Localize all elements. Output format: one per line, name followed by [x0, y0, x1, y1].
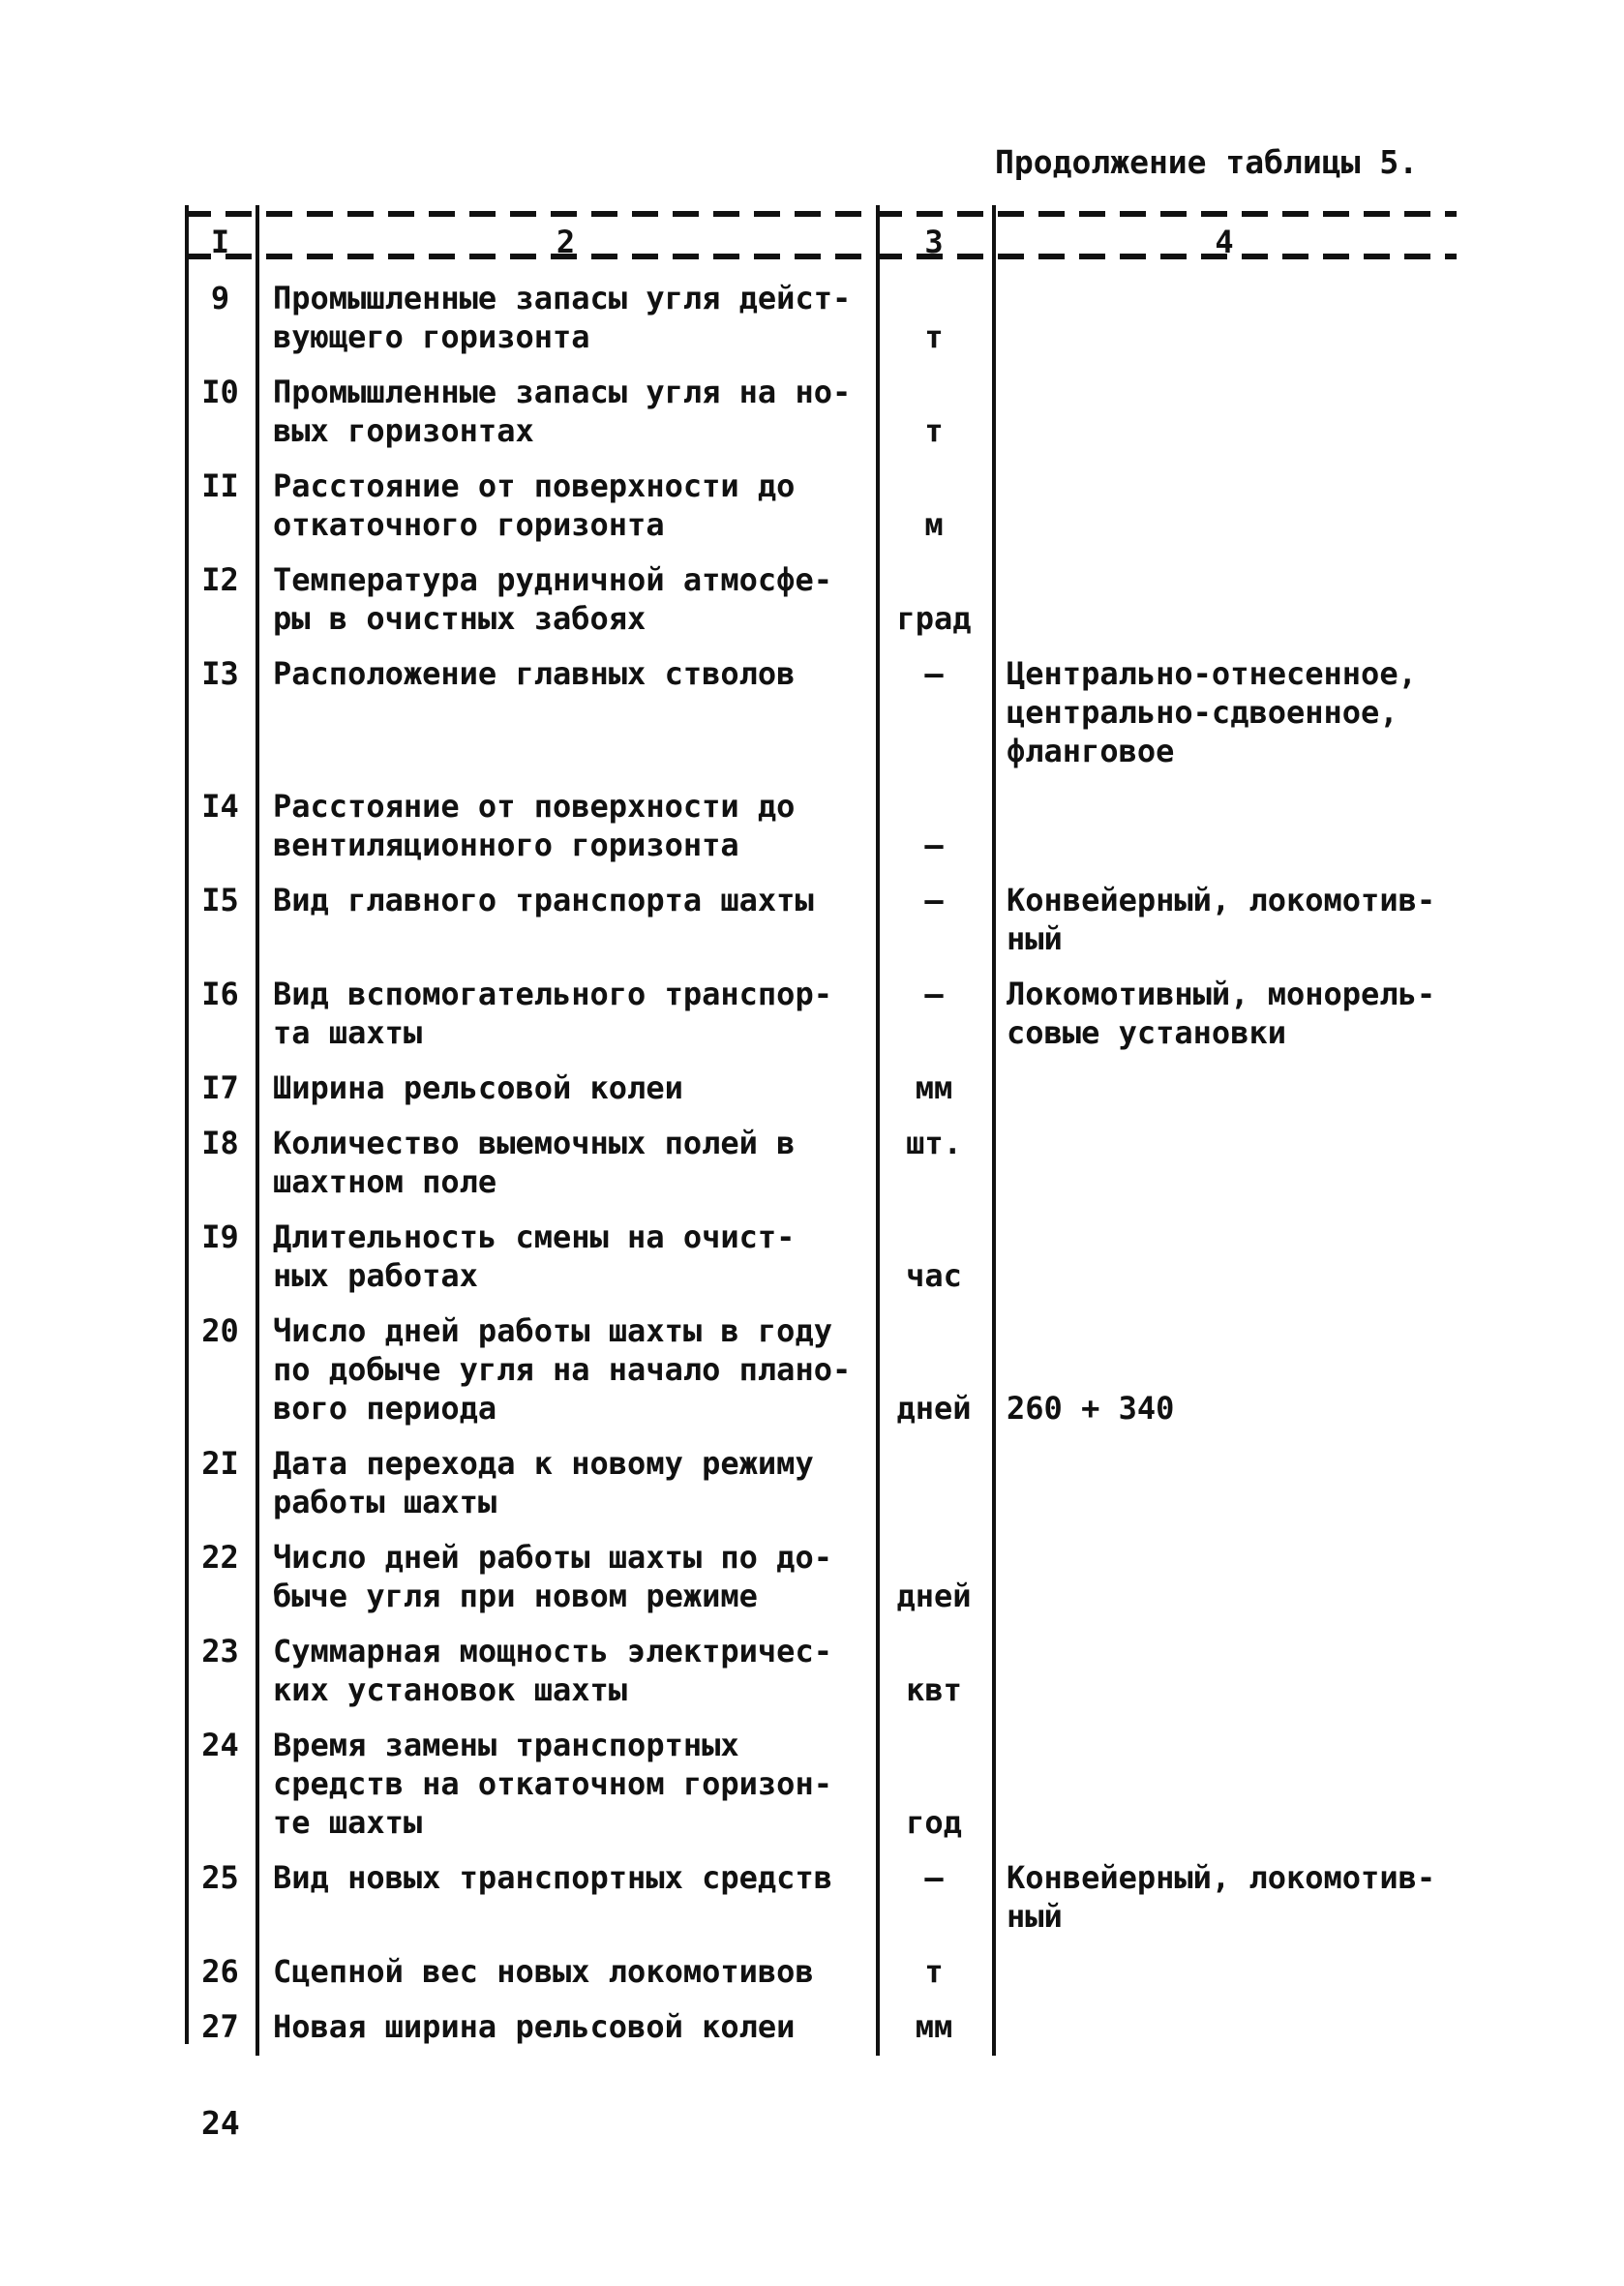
table-row: II Расстояние от поверхности дооткаточно… [185, 466, 1457, 544]
unit-text: дней [876, 1577, 992, 1615]
table-row: I5 Вид главного транспорта шахты – Конве… [185, 881, 1457, 958]
row-unit: м [876, 466, 992, 544]
row-number: I0 [185, 373, 256, 411]
row-description: Количество выемочных полей вшахтном поле [256, 1124, 876, 1201]
table-top-dashed-border [185, 211, 1457, 217]
text-line: вентиляционного горизонта [273, 826, 876, 864]
text-line: Длительность смены на очист- [273, 1218, 876, 1256]
text-line: Суммарная мощность электричес- [273, 1632, 876, 1670]
unit-text: дней [876, 1389, 992, 1428]
row-description: Число дней работы шахты в годупо добыче … [256, 1311, 876, 1428]
value-text: 260 + 340 [1007, 1389, 1457, 1428]
unit-text: – [876, 881, 992, 919]
table-row: I7 Ширина рельсовой колеи мм [185, 1068, 1457, 1107]
text-line: Промышленные запасы угля на но- [273, 373, 876, 411]
row-value: 260 + 340 [992, 1389, 1457, 1428]
value-text: ный [1007, 919, 1457, 958]
row-description: Вид вспомогательного транспор-та шахты [256, 975, 876, 1052]
text-line: те шахты [273, 1803, 876, 1842]
row-value [992, 2007, 1457, 2046]
value-text: Локомотивный, монорель- [1007, 975, 1457, 1013]
unit-text: мм [876, 1068, 992, 1107]
table-row: I9 Длительность смены на очист-ных работ… [185, 1218, 1457, 1295]
table-row: I4 Расстояние от поверхности довентиляци… [185, 787, 1457, 864]
text-line: шахтном поле [273, 1162, 876, 1201]
row-number: 25 [185, 1858, 256, 1897]
table-row: 9 Промышленные запасы угля дейст-вующего… [185, 279, 1457, 356]
text-line: Расстояние от поверхности до [273, 466, 876, 505]
row-value: Конвейерный, локомотив-ный [992, 1858, 1457, 1936]
row-value [992, 560, 1457, 638]
value-text: центрально-сдвоенное, [1007, 693, 1457, 732]
row-unit: т [876, 373, 992, 450]
value-text: совые установки [1007, 1013, 1457, 1052]
text-line: Температура рудничной атмосфе- [273, 560, 876, 599]
text-line: ры в очистных забоях [273, 599, 876, 638]
row-value: Центрально-отнесенное,центрально-сдвоенн… [992, 654, 1457, 770]
row-unit: шт. [876, 1124, 992, 1201]
row-unit: – [876, 975, 992, 1052]
row-value [992, 1218, 1457, 1295]
row-value [992, 1124, 1457, 1201]
unit-text: – [876, 1858, 992, 1897]
row-description: Расположение главных стволов [256, 654, 876, 770]
row-value [992, 787, 1457, 864]
row-value [992, 1632, 1457, 1709]
row-description: Температура рудничной атмосфе-ры в очист… [256, 560, 876, 638]
row-value [992, 466, 1457, 544]
text-line: Ширина рельсовой колеи [273, 1068, 876, 1107]
table-row: I2 Температура рудничной атмосфе-ры в оч… [185, 560, 1457, 638]
value-text: Конвейерный, локомотив- [1007, 881, 1457, 919]
table-row: 27 Новая ширина рельсовой колеи мм [185, 2007, 1457, 2046]
unit-text: – [876, 975, 992, 1013]
row-number: 20 [185, 1311, 256, 1350]
row-value [992, 1538, 1457, 1615]
table-continuation-title: Продолжение таблицы 5. [995, 141, 1418, 184]
table-row: 20 Число дней работы шахты в годупо добы… [185, 1311, 1457, 1428]
table-row: I8 Количество выемочных полей вшахтном п… [185, 1124, 1457, 1201]
row-number: 9 [185, 279, 256, 317]
text-line: по добыче угля на начало плано- [273, 1350, 876, 1389]
text-line: Вид главного транспорта шахты [273, 881, 876, 919]
row-description: Расстояние от поверхности дооткаточного … [256, 466, 876, 544]
row-description: Вид новых транспортных средств [256, 1858, 876, 1936]
row-value [992, 373, 1457, 450]
text-line: Число дней работы шахты в году [273, 1311, 876, 1350]
column-header-4: 4 [992, 223, 1457, 261]
column-header-3: 3 [876, 223, 992, 261]
text-line: ких установок шахты [273, 1670, 876, 1709]
table-row: I0 Промышленные запасы угля на но-вых го… [185, 373, 1457, 450]
table-row: I6 Вид вспомогательного транспор-та шахт… [185, 975, 1457, 1052]
table-row: 23 Суммарная мощность электричес-ких уст… [185, 1632, 1457, 1709]
value-text: Конвейерный, локомотив- [1007, 1858, 1457, 1897]
text-line: Время замены транспортных [273, 1726, 876, 1764]
unit-text: т [876, 317, 992, 356]
row-description: Суммарная мощность электричес-ких устано… [256, 1632, 876, 1709]
table-row: 26 Сцепной вес новых локомотивов т [185, 1952, 1457, 1991]
text-line: Количество выемочных полей в [273, 1124, 876, 1162]
text-line: Дата перехода к новому режиму [273, 1444, 876, 1483]
row-number: 26 [185, 1952, 256, 1991]
row-unit: мм [876, 2007, 992, 2046]
row-number: I5 [185, 881, 256, 919]
row-unit: – [876, 654, 992, 770]
row-description: Расстояние от поверхности довентиляционн… [256, 787, 876, 864]
unit-text: – [876, 654, 992, 693]
row-number: 23 [185, 1632, 256, 1670]
text-line: Вид новых транспортных средств [273, 1858, 876, 1897]
table-row: 2I Дата перехода к новому режимуработы ш… [185, 1444, 1457, 1521]
unit-text: час [876, 1256, 992, 1295]
text-line: Число дней работы шахты по до- [273, 1538, 876, 1577]
column-header-1: I [185, 223, 256, 261]
text-line: вого периода [273, 1389, 876, 1428]
table-row: 22 Число дней работы шахты по до-быче уг… [185, 1538, 1457, 1615]
row-unit: – [876, 787, 992, 864]
row-number: I3 [185, 654, 256, 693]
text-line: средств на откаточном горизон- [273, 1764, 876, 1803]
row-unit: мм [876, 1068, 992, 1107]
text-line: Вид вспомогательного транспор- [273, 975, 876, 1013]
table-row: I3 Расположение главных стволов – Центра… [185, 654, 1457, 770]
text-line: быче угля при новом режиме [273, 1577, 876, 1615]
row-description: Ширина рельсовой колеи [256, 1068, 876, 1107]
row-number: 22 [185, 1538, 256, 1577]
unit-text: – [876, 826, 992, 864]
row-value: Локомотивный, монорель-совые установки [992, 975, 1457, 1052]
row-unit: час [876, 1218, 992, 1295]
row-value [992, 1444, 1457, 1521]
unit-text: т [876, 1952, 992, 1991]
value-text: фланговое [1007, 732, 1457, 770]
row-unit: дней [876, 1538, 992, 1615]
text-line: ных работах [273, 1256, 876, 1295]
row-description: Промышленные запасы угля дейст-вующего г… [256, 279, 876, 356]
table-row: 24 Время замены транспортныхсредств на о… [185, 1726, 1457, 1842]
row-number: 27 [185, 2007, 256, 2046]
row-number: I6 [185, 975, 256, 1013]
unit-text: м [876, 505, 992, 544]
text-line: вых горизонтах [273, 411, 876, 450]
value-text: ный [1007, 1897, 1457, 1936]
row-description: Промышленные запасы угля на но-вых гориз… [256, 373, 876, 450]
text-line: Новая ширина рельсовой колеи [273, 2007, 876, 2046]
row-unit: т [876, 1952, 992, 1991]
text-line: вующего горизонта [273, 317, 876, 356]
unit-text: мм [876, 2007, 992, 2046]
row-description: Время замены транспортныхсредств на отка… [256, 1726, 876, 1842]
row-unit: т [876, 279, 992, 356]
row-unit: – [876, 881, 992, 958]
row-number: I9 [185, 1218, 256, 1256]
value-text: Центрально-отнесенное, [1007, 654, 1457, 693]
text-line: Расположение главных стволов [273, 654, 876, 693]
row-value [992, 1952, 1457, 1991]
table-body: 9 Промышленные запасы угля дейст-вующего… [185, 279, 1457, 2062]
row-number: I8 [185, 1124, 256, 1162]
row-unit: град [876, 560, 992, 638]
row-number: 2I [185, 1444, 256, 1483]
row-description: Длительность смены на очист-ных работах [256, 1218, 876, 1295]
unit-text: год [876, 1803, 992, 1842]
text-line: откаточного горизонта [273, 505, 876, 544]
unit-text: квт [876, 1670, 992, 1709]
row-unit: год [876, 1726, 992, 1842]
row-number: I7 [185, 1068, 256, 1107]
row-value [992, 279, 1457, 356]
row-value [992, 1726, 1457, 1842]
row-unit: – [876, 1858, 992, 1936]
row-description: Число дней работы шахты по до-быче угля … [256, 1538, 876, 1615]
page-number: 24 [201, 2102, 240, 2145]
column-header-2: 2 [256, 223, 876, 261]
row-unit: квт [876, 1632, 992, 1709]
scanned-page: Продолжение таблицы 5. I 2 3 4 9 Промышл… [0, 0, 1624, 2286]
text-line: Сцепной вес новых локомотивов [273, 1952, 876, 1991]
row-description: Сцепной вес новых локомотивов [256, 1952, 876, 1991]
row-value: Конвейерный, локомотив-ный [992, 881, 1457, 958]
row-description: Новая ширина рельсовой колеи [256, 2007, 876, 2046]
unit-text: шт. [876, 1124, 992, 1162]
text-line: Расстояние от поверхности до [273, 787, 876, 826]
row-description: Вид главного транспорта шахты [256, 881, 876, 958]
row-number: I4 [185, 787, 256, 826]
row-description: Дата перехода к новому режимуработы шахт… [256, 1444, 876, 1521]
row-number: II [185, 466, 256, 505]
row-value [992, 1068, 1457, 1107]
text-line: та шахты [273, 1013, 876, 1052]
unit-text: град [876, 599, 992, 638]
row-number: I2 [185, 560, 256, 599]
row-unit [876, 1444, 992, 1521]
row-unit: дней [876, 1311, 992, 1428]
unit-text: т [876, 411, 992, 450]
row-number: 24 [185, 1726, 256, 1764]
text-line: работы шахты [273, 1483, 876, 1521]
table-row: 25 Вид новых транспортных средств – Конв… [185, 1858, 1457, 1936]
text-line: Промышленные запасы угля дейст- [273, 279, 876, 317]
